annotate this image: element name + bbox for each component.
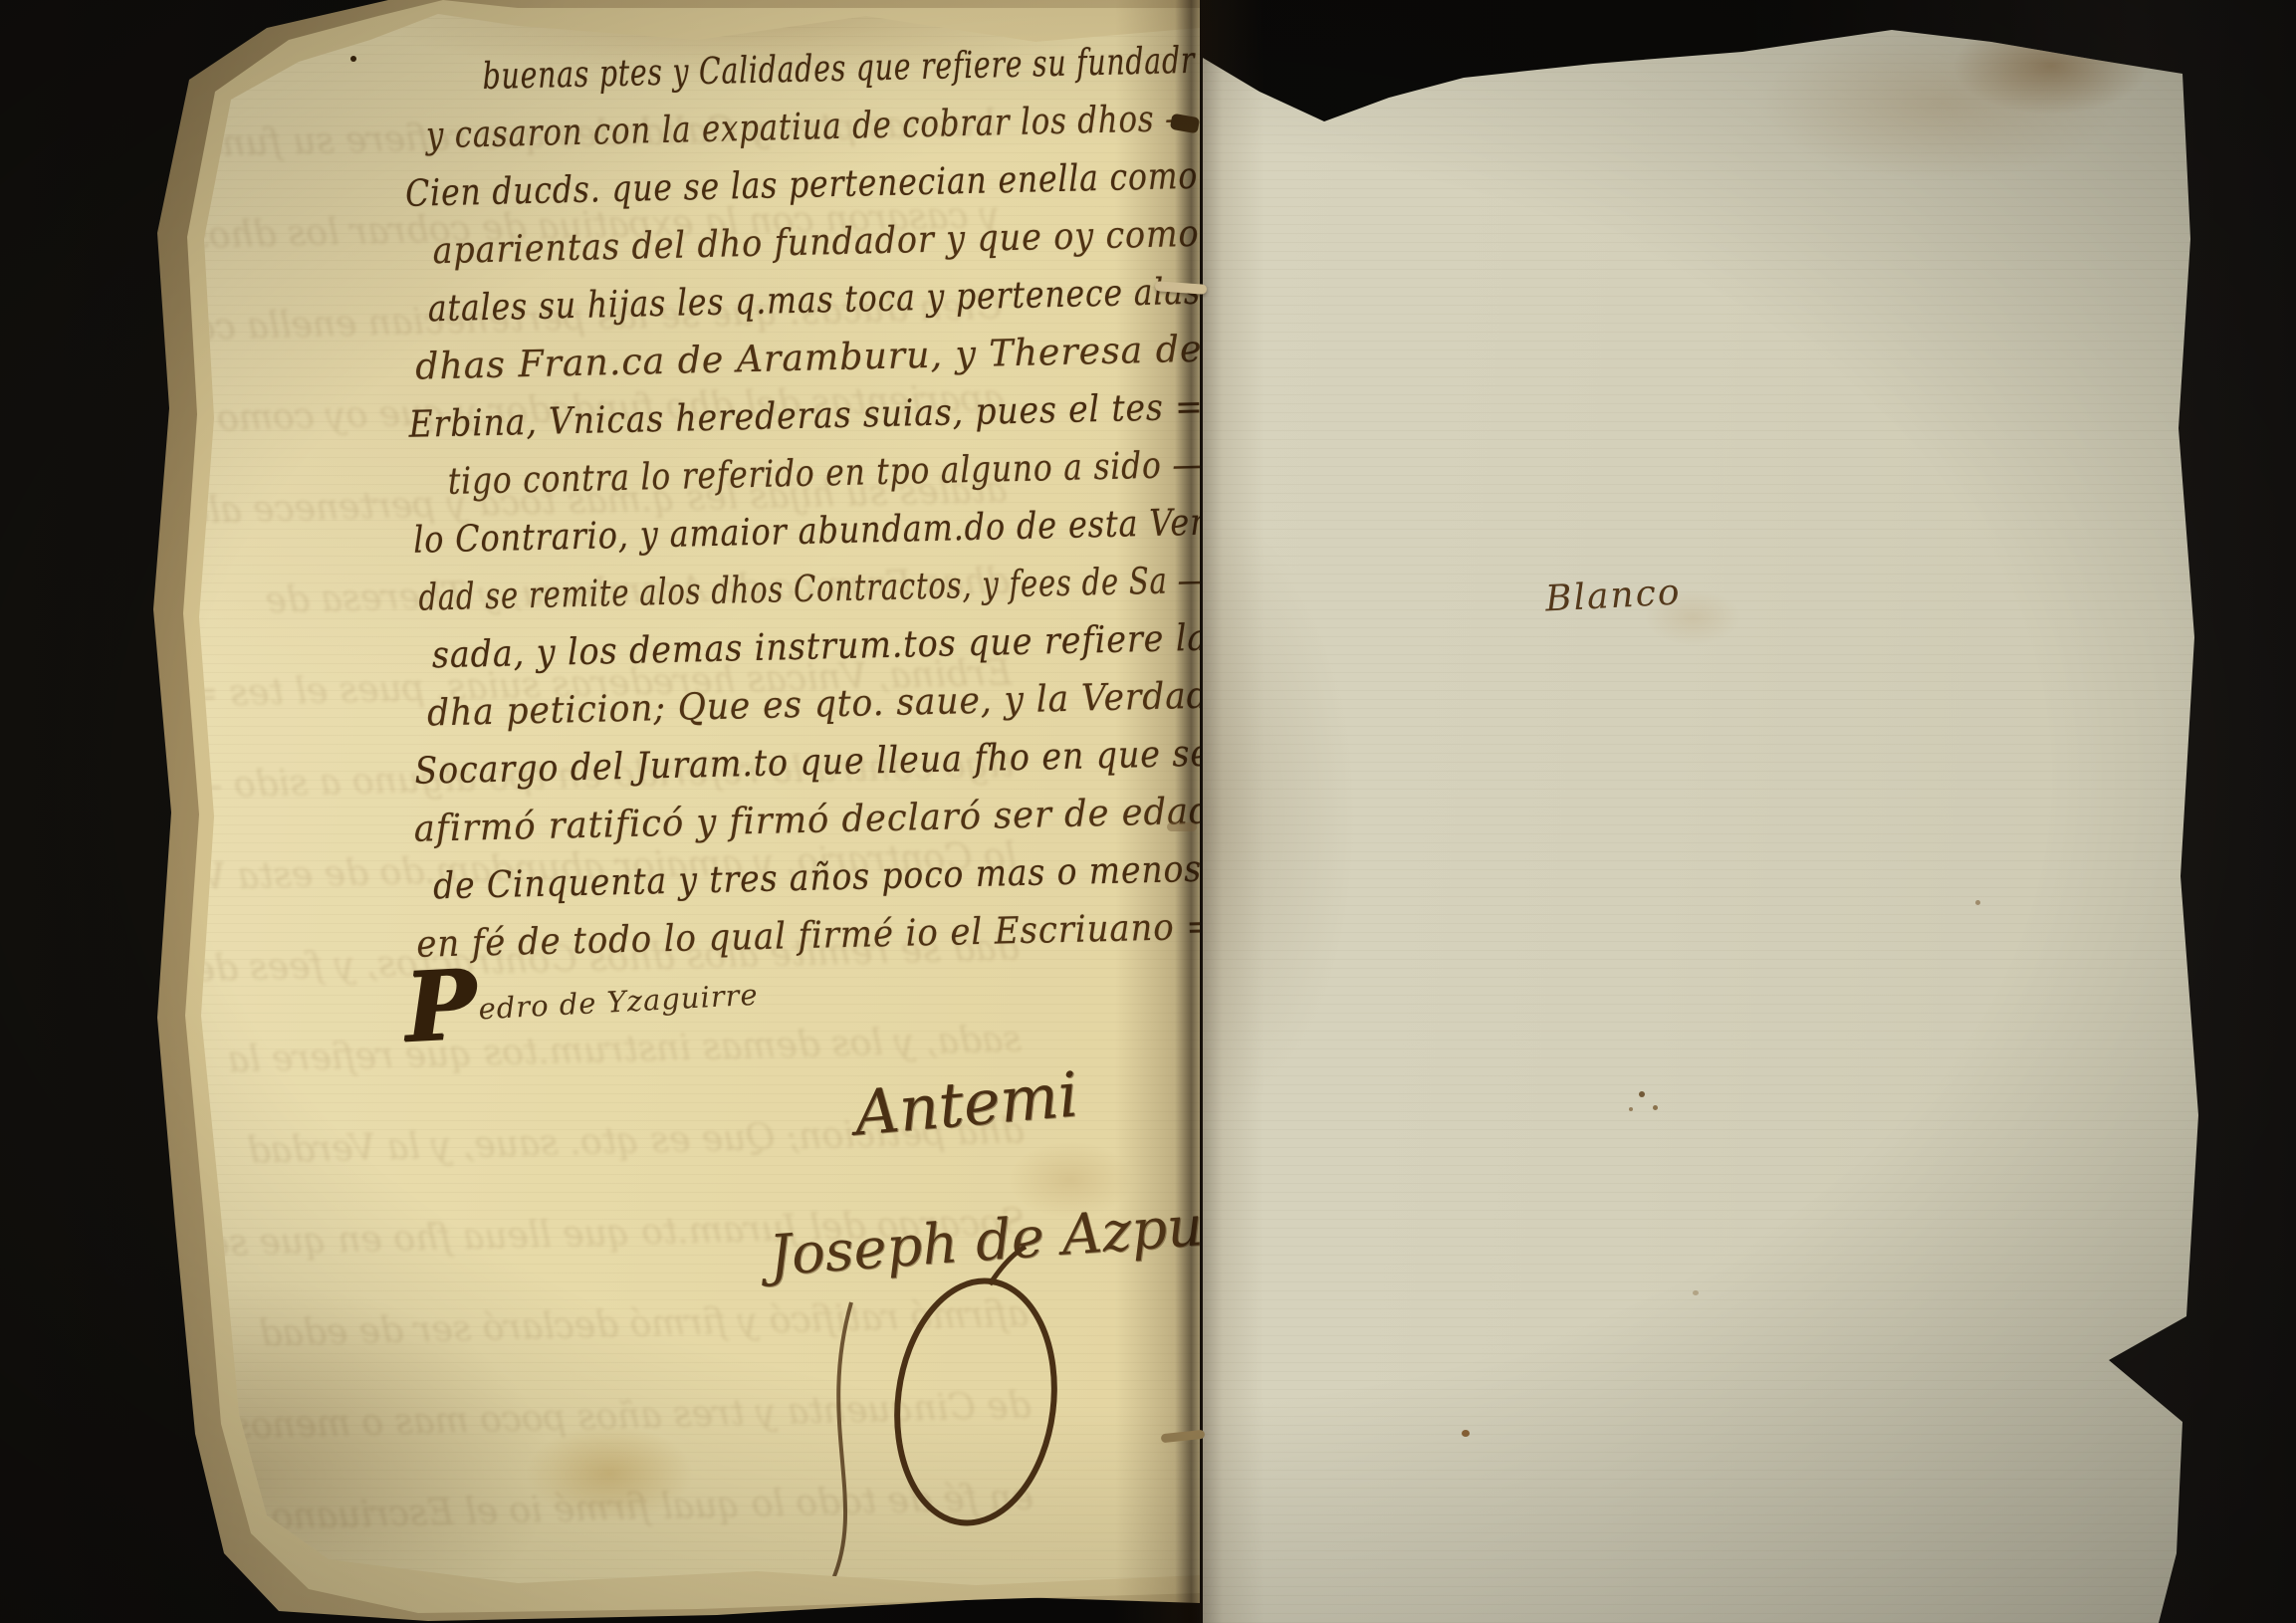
- foxing-spot: [1639, 1091, 1645, 1097]
- photo-background: buenas ptes y Calidades que refiere su f…: [0, 0, 2296, 1623]
- foxing-spot: [1693, 1290, 1699, 1295]
- binding-gutter: [1115, 0, 1264, 1623]
- foxing-spot: [1629, 1107, 1633, 1111]
- manuscript-text: buenas ptes y Calidades que refiere su f…: [396, 32, 1216, 974]
- notary-initial: P: [402, 968, 478, 1046]
- binding-stitch: [1167, 822, 1197, 831]
- notary-name: edro de Yzaguirre: [476, 978, 761, 1043]
- foxing-spot: [1975, 900, 1980, 905]
- notary-subscription: P edro de Yzaguirre: [402, 953, 760, 1045]
- ink-speck: [350, 56, 356, 62]
- attestation-signature: Antemi: [851, 1057, 1080, 1149]
- blank-page-annotation: Blanco: [1544, 572, 1682, 619]
- foxing-spot: [1653, 1105, 1658, 1110]
- foxing-spot: [1462, 1430, 1470, 1437]
